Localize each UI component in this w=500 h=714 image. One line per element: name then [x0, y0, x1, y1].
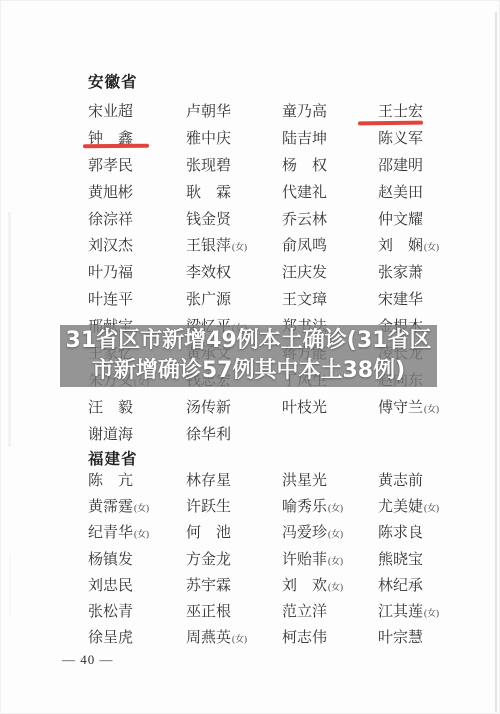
- table-row: 张松青巫正根范立洋江其莲(女): [0, 597, 500, 623]
- name-cell: 尤美婕(女): [378, 495, 500, 516]
- name-cell: 雅中庆: [186, 127, 282, 148]
- table-row: 刘忠民苏宇霖刘 欢(女)林纪承: [0, 571, 500, 597]
- name-cell: 傅守兰(女): [378, 396, 500, 417]
- scanned-document-page: 安徽省 宋业超卢朝华童乃高王士宏钟 鑫雅中庆陆吉坤陈义军郭孝民张现碧杨 权邵建明…: [0, 0, 500, 714]
- name-cell: 黄志前: [378, 469, 500, 490]
- gender-marker: (女): [134, 503, 149, 513]
- table-row: 黄旭彬耿 霖代建礼赵美田: [0, 178, 500, 205]
- gender-marker: (女): [424, 242, 439, 252]
- name-cell: 王士宏: [378, 100, 500, 121]
- gender-marker: (女): [232, 634, 247, 644]
- name-cell: 刘忠民: [88, 574, 186, 595]
- name-cell: 何 池: [186, 521, 282, 542]
- name-cell: 陈求良: [378, 521, 500, 542]
- names-grid-anhui: 宋业超卢朝华童乃高王士宏钟 鑫雅中庆陆吉坤陈义军郭孝民张现碧杨 权邵建明黄旭彬耿…: [0, 97, 500, 447]
- name-cell: 刘汉杰: [88, 234, 186, 255]
- table-row: 郭孝民张现碧杨 权邵建明: [0, 151, 500, 178]
- name-cell: 俞凤鸣: [282, 234, 378, 255]
- banner-text-line-2: 市新增确诊57例其中本土38例): [92, 356, 405, 386]
- gender-marker: (女): [134, 529, 149, 539]
- name-cell: 代建礼: [282, 181, 378, 202]
- name-cell: 李效权: [186, 261, 282, 282]
- name-cell: 周燕英(女): [186, 626, 282, 647]
- name-cell: 邵建明: [378, 154, 500, 175]
- name-cell: 黄旭彬: [88, 181, 186, 202]
- name-cell: 洪星光: [282, 469, 378, 490]
- name-cell: 徐呈虎: [88, 626, 186, 647]
- name-cell: 陈义军: [378, 127, 500, 148]
- name-cell: 仲文耀: [378, 208, 500, 229]
- table-row: 徐呈虎周燕英(女)柯志伟叶宗慧: [0, 624, 500, 650]
- name-cell: 汤传新: [186, 396, 282, 417]
- table-row: 宋业超卢朝华童乃高王士宏: [0, 97, 500, 124]
- name-cell: 纪青华(女): [88, 521, 186, 542]
- name-cell: 范立洋: [282, 600, 378, 621]
- name-cell: 王银萍(女): [186, 234, 282, 255]
- name-cell: 张广源: [186, 288, 282, 309]
- name-cell: 童乃高: [282, 100, 378, 121]
- name-cell: 宋建华: [378, 288, 500, 309]
- table-row: 徐淙祥钱金贤乔云林仲文耀: [0, 205, 500, 232]
- table-row: 叶连平张广源王文璋宋建华: [0, 285, 500, 312]
- name-cell: 张现碧: [186, 154, 282, 175]
- table-row: 陈 亢林存星洪星光黄志前: [0, 466, 500, 492]
- name-cell: 张松青: [88, 600, 186, 621]
- name-cell: 谢道海: [88, 423, 186, 444]
- gender-marker: (女): [328, 556, 343, 566]
- name-cell: 喻秀乐(女): [282, 495, 378, 516]
- name-cell: 汪 毅: [88, 396, 186, 417]
- name-cell: 方金龙: [186, 548, 282, 569]
- name-cell: 巫正根: [186, 600, 282, 621]
- name-cell: 王文璋: [282, 288, 378, 309]
- name-cell: 冯爱珍(女): [282, 521, 378, 542]
- table-row: 汪 毅汤传新叶枝光傅守兰(女): [0, 393, 500, 420]
- name-cell: 乔云林: [282, 208, 378, 229]
- name-cell: 黄霈霆(女): [88, 495, 186, 516]
- name-cell: 江其莲(女): [378, 600, 500, 621]
- name-cell: 熊晓宝: [378, 548, 500, 569]
- name-cell: 林纪承: [378, 574, 500, 595]
- table-row: 纪青华(女)何 池冯爱珍(女)陈求良: [0, 519, 500, 545]
- table-row: 杨镇发方金龙许贻菲(女)熊晓宝: [0, 545, 500, 571]
- name-cell: 张家萧: [378, 261, 500, 282]
- name-cell: 刘 欢(女): [282, 574, 378, 595]
- names-grid-fujian: 陈 亢林存星洪星光黄志前黄霈霆(女)许跃生喻秀乐(女)尤美婕(女)纪青华(女)何…: [0, 466, 500, 650]
- name-cell: 叶宗慧: [378, 626, 500, 647]
- name-cell: 郭孝民: [88, 154, 186, 175]
- gender-marker: (女): [424, 503, 439, 513]
- name-cell: 陆吉坤: [282, 127, 378, 148]
- name-cell: 耿 霖: [186, 181, 282, 202]
- name-cell: 刘 娴(女): [378, 234, 500, 255]
- banner-text-line-1: 31省区市新增49例本土确诊(31省区: [66, 326, 432, 356]
- gender-marker: (女): [424, 404, 439, 414]
- news-overlay-banner: 31省区市新增49例本土确诊(31省区 市新增确诊57例其中本土38例): [60, 325, 437, 387]
- name-cell: 宋业超: [88, 100, 186, 121]
- name-cell: 苏宇霖: [186, 574, 282, 595]
- province-header-anhui: 安徽省: [88, 70, 138, 92]
- name-cell: 汪庆发: [282, 261, 378, 282]
- table-row: 钟 鑫雅中庆陆吉坤陈义军: [0, 124, 500, 151]
- name-cell: 许跃生: [186, 495, 282, 516]
- name-cell: 杨镇发: [88, 548, 186, 569]
- name-cell: 叶枝光: [282, 396, 378, 417]
- name-cell: 柯志伟: [282, 626, 378, 647]
- name-cell: 许贻菲(女): [282, 548, 378, 569]
- gender-marker: (女): [328, 582, 343, 592]
- gender-marker: (女): [328, 503, 343, 513]
- red-underline-zhongxin: [83, 144, 149, 148]
- name-cell: 林存星: [186, 469, 282, 490]
- page-number: — 40 —: [62, 652, 114, 668]
- table-row: 黄霈霆(女)许跃生喻秀乐(女)尤美婕(女): [0, 492, 500, 518]
- gender-marker: (女): [328, 529, 343, 539]
- name-cell: 徐华利: [186, 423, 282, 444]
- name-cell: 叶连平: [88, 288, 186, 309]
- gender-marker: (女): [424, 608, 439, 618]
- red-underline-wangshihong: [358, 121, 423, 126]
- table-row: 叶乃福李效权汪庆发张家萧: [0, 258, 500, 285]
- name-cell: 叶乃福: [88, 261, 186, 282]
- name-cell: 赵美田: [378, 181, 500, 202]
- name-cell: 徐淙祥: [88, 208, 186, 229]
- table-row: 刘汉杰王银萍(女)俞凤鸣刘 娴(女): [0, 231, 500, 258]
- table-row: 谢道海徐华利: [0, 420, 500, 447]
- name-cell: 陈 亢: [88, 469, 186, 490]
- name-cell: 杨 权: [282, 154, 378, 175]
- name-cell: 卢朝华: [186, 100, 282, 121]
- gender-marker: (女): [232, 242, 247, 252]
- name-cell: 钱金贤: [186, 208, 282, 229]
